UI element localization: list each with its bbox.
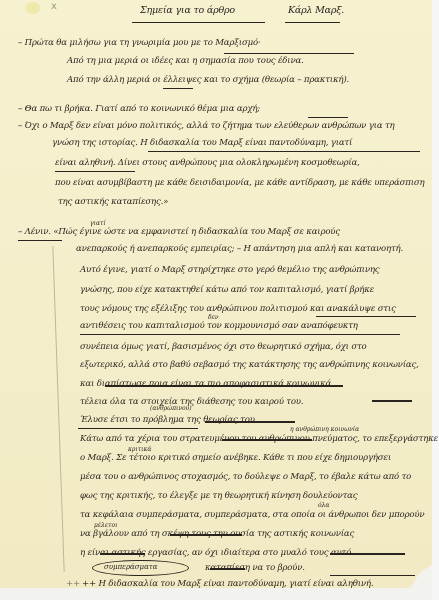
strikethrough	[170, 534, 242, 536]
circled-word: συμπεράσματα	[104, 563, 157, 571]
corner-x-mark: x	[51, 1, 57, 12]
word-underline	[316, 316, 416, 317]
manuscript-line: ο Μαρξ. Σε τέτοιο κριτικό σημείο ανέβηκε…	[80, 452, 391, 464]
word-underline	[224, 53, 354, 54]
manuscript-line: – Πρώτα θα μιλήσω για τη γνωριμία μου με…	[18, 37, 261, 49]
manuscript-line: Έλυσε έτσι το πρόβλημα της θεωρίας του.	[80, 414, 257, 426]
strikethrough	[222, 439, 312, 441]
manuscript-line: που είναι ασυμβίβαστη με κάθε δεισιδαιμο…	[55, 177, 424, 189]
word-underline	[18, 240, 62, 241]
strikethrough	[372, 400, 412, 402]
strikethrough	[100, 553, 145, 555]
manuscript-line: ανεπαρκούς ή ανεπαρκούς εμπειρίας; – Η α…	[76, 243, 403, 255]
word-underline	[308, 117, 348, 118]
paper-stain	[26, 2, 40, 14]
page-title: Σημεία για το άρθρο	[140, 5, 235, 17]
manuscript-line: ++ Η διδασκαλία του Μαρξ είναι παντοδύνα…	[82, 578, 373, 590]
manuscript-line: συνέπεια όμως γιατί, βασισμένος όχι στο …	[80, 341, 367, 353]
strikethrough	[105, 385, 343, 387]
interlinear-note: όλα	[318, 502, 329, 509]
phrase-underline	[330, 575, 415, 576]
manuscript-line: Αυτό έγινε, γιατί ο Μαρξ στηρίχτηκε στο …	[80, 264, 379, 276]
strikethrough	[210, 568, 245, 570]
manuscript-line: – Θα πω τι βρήκα. Γιατί από το κοινωνικό…	[18, 103, 260, 115]
strikethrough	[330, 553, 405, 555]
manuscript-line: μέσα του ο ανθρώπινος στοχασμός, το δούλ…	[80, 471, 411, 483]
page-subject: Κάρλ Μαρξ.	[288, 5, 344, 17]
manuscript-line: – Όχι ο Μαρξ δεν είναι μόνο πολιτικός, α…	[18, 120, 394, 132]
manuscript-line: και διαπίστωσε ποια είναι τα πιο αποφασι…	[80, 378, 331, 390]
margin-mark: ++	[66, 578, 80, 590]
word-underline	[55, 171, 135, 172]
word-underline	[163, 88, 193, 89]
manuscript-line: Από την άλλη μεριά οι έλλειψες και το σχ…	[67, 74, 349, 86]
subject-underline	[285, 22, 340, 23]
interlinear-note: (ανθρώπινου)	[150, 405, 192, 412]
manuscript-line: τους νόμους της εξέλιξης του ανθρώπινου …	[80, 303, 396, 315]
manuscript-line: της αστικής καταπίεσης.»	[58, 196, 168, 208]
scan-background-strip	[432, 0, 439, 600]
quote-underline	[148, 151, 420, 152]
manuscript-line: γνώση της ιστορίας. Η διδασκαλία του Μαρ…	[52, 137, 352, 149]
phrase-underline	[80, 334, 400, 335]
manuscript-line: γνώσης, που είχε κατακτηθεί κάτω από τον…	[80, 284, 374, 296]
manuscript-line: τα κεφάλαια συμπεράσματα, συμπεράσματα, …	[80, 509, 424, 521]
manuscript-line: είναι αληθινή. Δίνει στους ανθρώπους μια…	[55, 157, 360, 169]
manuscript-line: φως της κριτικής, το έλεγξε με τη θεωρητ…	[80, 490, 357, 502]
title-underline	[132, 22, 265, 23]
strikethrough	[205, 421, 295, 423]
manuscript-line: αντιθέσεις του καπιταλισμού τον κομμουνι…	[80, 320, 358, 332]
interlinear-note: η ανθρώπινη κοινωνία	[290, 426, 359, 433]
manuscript-line: εξωτερικό, αλλά στο βαθύ σεβασμό της κατ…	[80, 359, 419, 371]
manuscript-line: Από τη μια μεριά οι ιδέες και η σημασία …	[67, 55, 304, 67]
manuscript-line: – Λένιν. «Πώς έγινε ώστε να εμφανιστεί η…	[18, 226, 340, 238]
phrase-underline	[78, 428, 198, 429]
